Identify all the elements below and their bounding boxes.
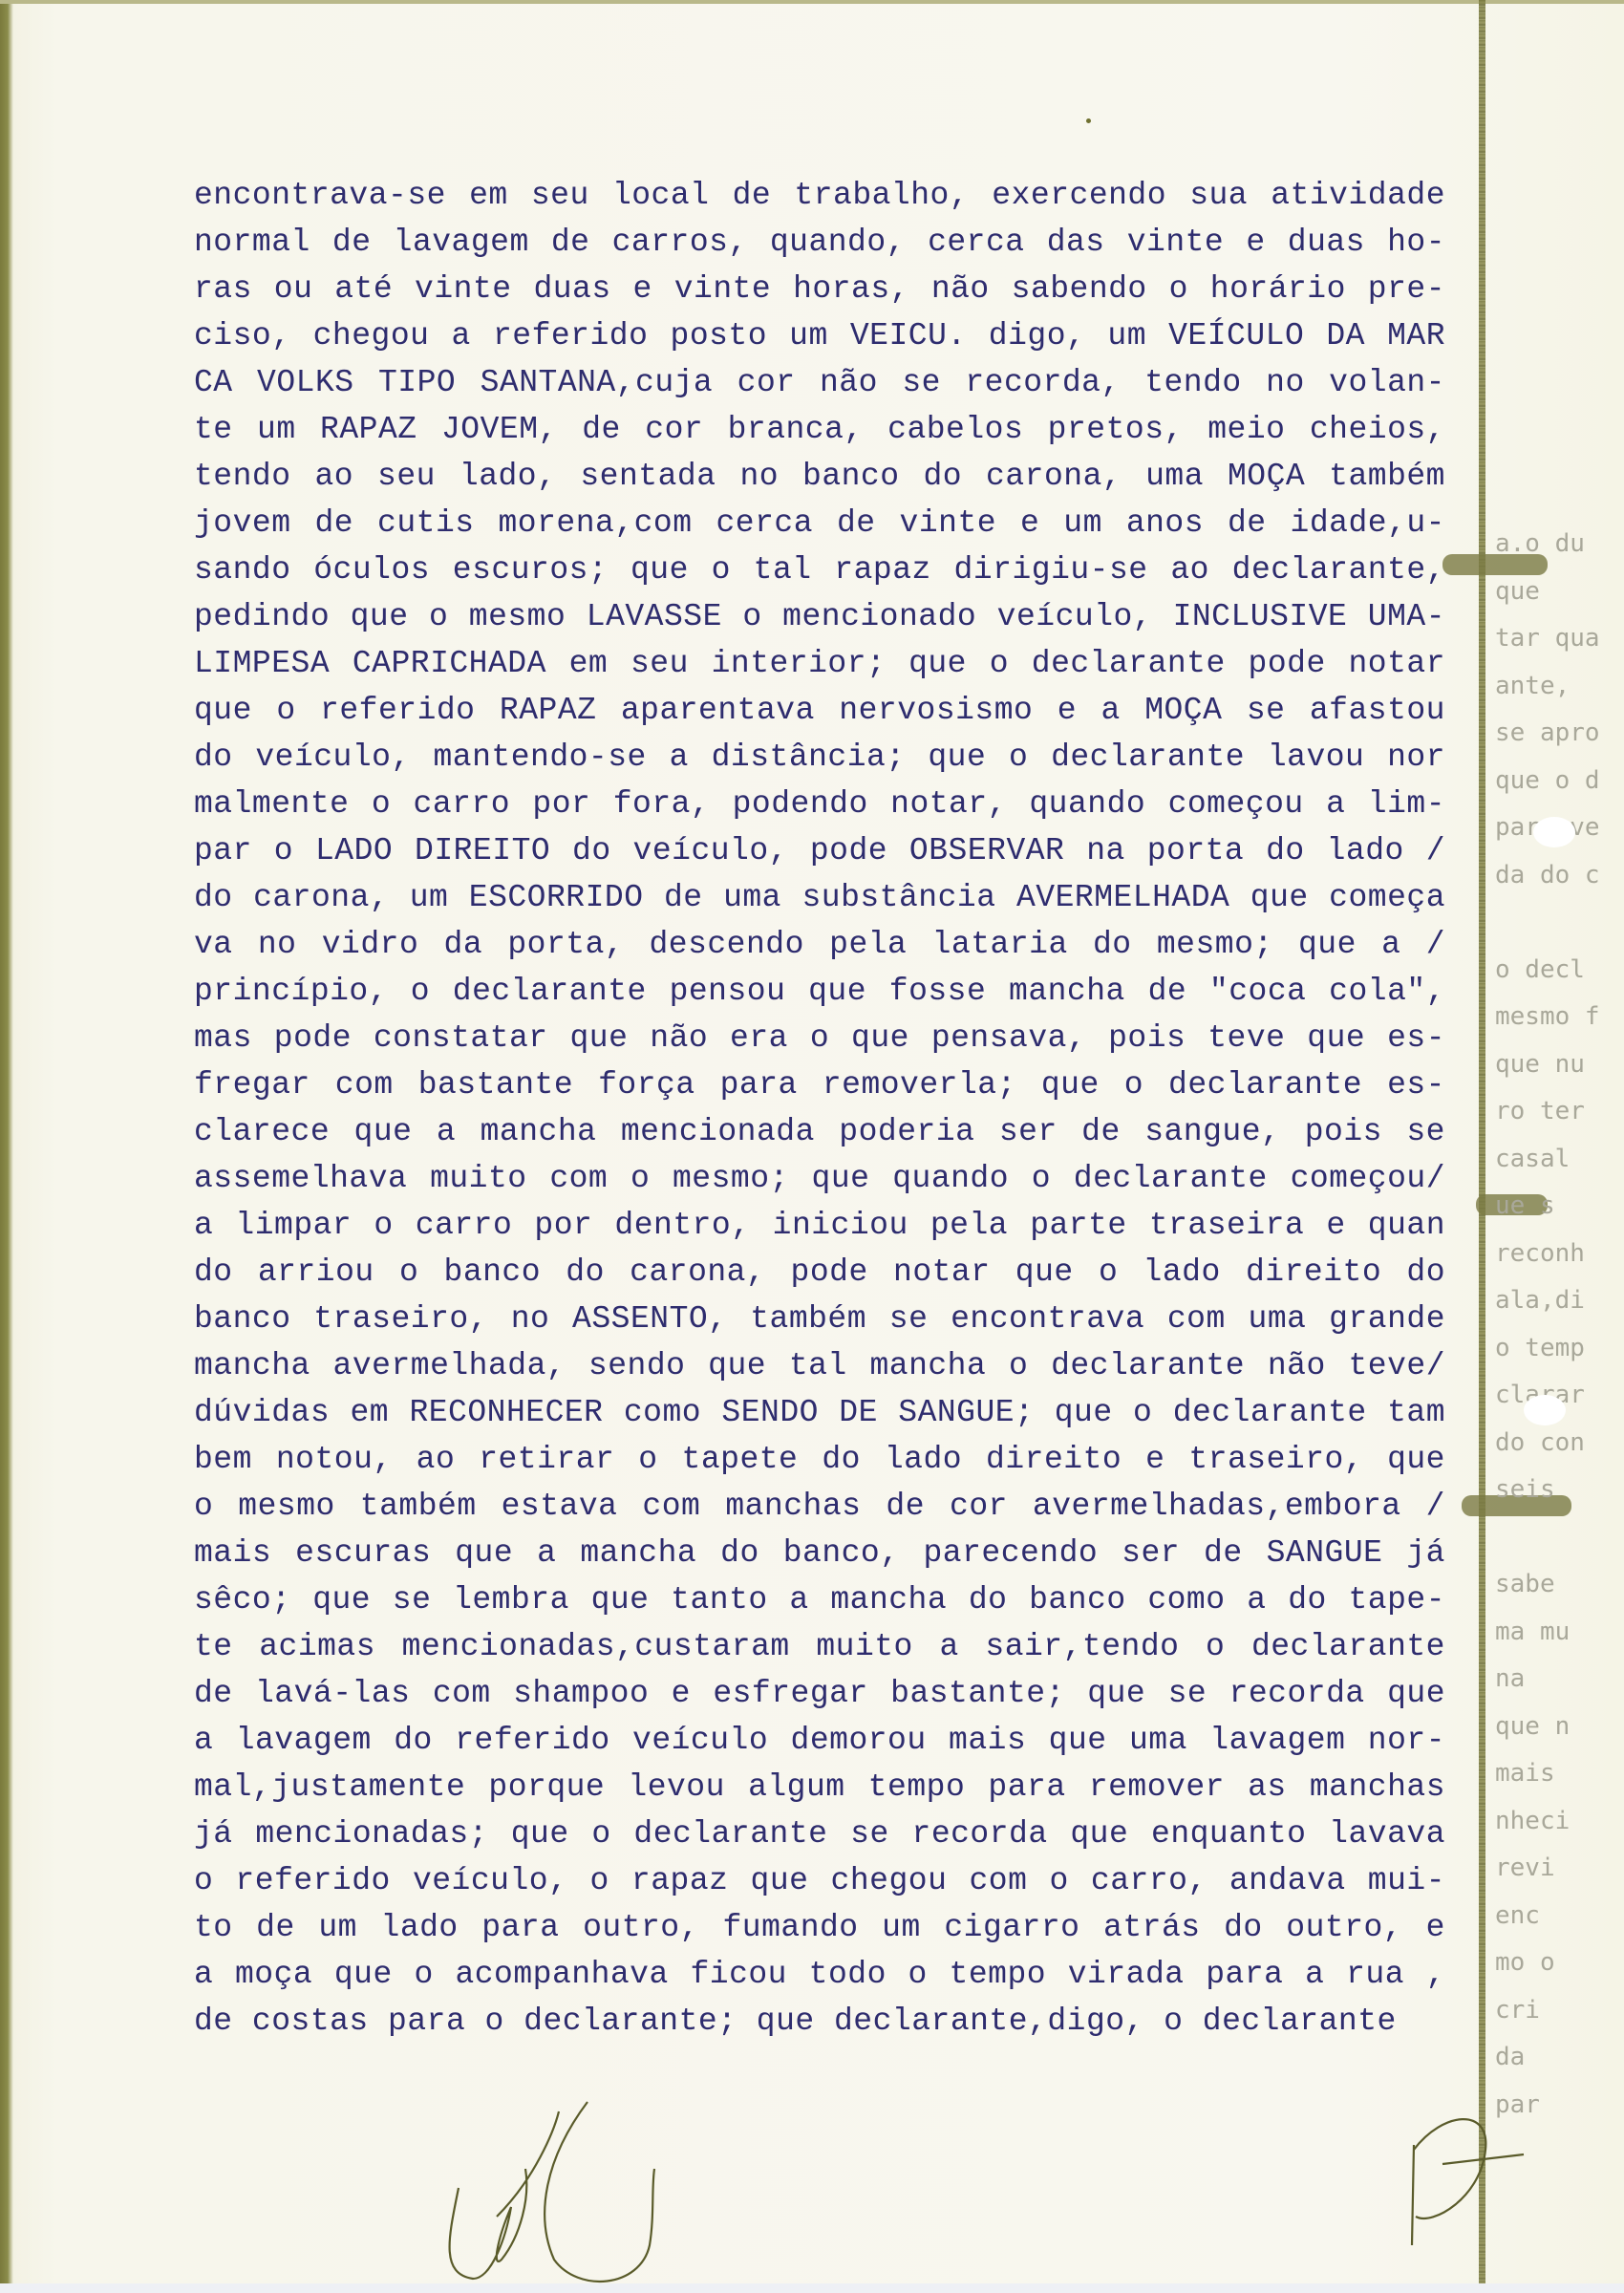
adjacent-text-line: enc <box>1495 1893 1624 1940</box>
text-line: ciso, chegou a referido posto um VEICU. … <box>194 312 1445 359</box>
signatures <box>401 2092 1528 2283</box>
text-line: mais escuras que a mancha do banco, pare… <box>194 1530 1445 1576</box>
text-line: encontrava-se em seu local de trabalho, … <box>194 172 1445 219</box>
text-line: que o referido RAPAZ aparentava nervosis… <box>194 687 1445 734</box>
text-line: mancha avermelhada, sendo que tal mancha… <box>194 1342 1445 1389</box>
text-line: o mesmo também estava com manchas de cor… <box>194 1483 1445 1530</box>
adjacent-text-line: ue s <box>1495 1183 1624 1231</box>
adjacent-text-line: que nu <box>1495 1041 1624 1089</box>
punch-hole-1 <box>1533 817 1575 847</box>
text-line: tendo ao seu lado, sentada no banco do c… <box>194 453 1445 500</box>
text-line: do carona, um ESCORRIDO de uma substânci… <box>194 874 1445 921</box>
adjacent-text-line: o decl <box>1495 947 1624 995</box>
adjacent-text-line: que <box>1495 568 1624 616</box>
adjacent-text-line <box>1495 1514 1624 1562</box>
adjacent-text-line: da do c <box>1495 852 1624 900</box>
text-line: a limpar o carro por dentro, iniciou pel… <box>194 1202 1445 1249</box>
testimony-body: encontrava-se em seu local de trabalho, … <box>194 172 1445 2045</box>
text-line: ras ou até vinte duas e vinte horas, não… <box>194 266 1445 312</box>
adjacent-text-line: do con <box>1495 1420 1624 1468</box>
adjacent-text-line: reconh <box>1495 1231 1624 1278</box>
adjacent-text-line: se apro <box>1495 710 1624 758</box>
text-line: va no vidro da porta, descendo pela lata… <box>194 921 1445 968</box>
text-line: a moça que o acompanhava ficou todo o te… <box>194 1951 1445 1998</box>
adjacent-text-line: mo o <box>1495 1939 1624 1987</box>
adjacent-text-line: que o d <box>1495 758 1624 805</box>
adjacent-page-fragment: a.o duquetar quaante,se aproque o dpara … <box>1495 521 1624 2129</box>
text-line: mal,justamente porque levou algum tempo … <box>194 1764 1445 1811</box>
scanned-page: encontrava-se em seu local de trabalho, … <box>0 0 1624 2293</box>
ink-speck <box>1086 118 1091 123</box>
text-line: banco traseiro, no ASSENTO, também se en… <box>194 1296 1445 1342</box>
text-line: jovem de cutis morena,com cerca de vinte… <box>194 500 1445 546</box>
text-line: normal de lavagem de carros, quando, cer… <box>194 219 1445 266</box>
adjacent-text-line: nheci <box>1495 1798 1624 1846</box>
text-line: to de um lado para outro, fumando um cig… <box>194 1904 1445 1951</box>
text-line: sêco; que se lembra que tanto a mancha d… <box>194 1576 1445 1623</box>
page-fold-divider <box>1479 0 1485 2293</box>
text-line: malmente o carro por fora, podendo notar… <box>194 781 1445 827</box>
text-line: mas pode constatar que não era o que pen… <box>194 1015 1445 1061</box>
text-line: do veículo, mantendo-se a distância; que… <box>194 734 1445 781</box>
adjacent-text-line: que n <box>1495 1704 1624 1751</box>
page-top-edge <box>0 0 1624 4</box>
page-bottom-edge <box>0 2283 1624 2293</box>
adjacent-text-line: da <box>1495 2034 1624 2082</box>
adjacent-text-line: cri <box>1495 1987 1624 2035</box>
punch-hole-2 <box>1524 1395 1566 1425</box>
adjacent-text-line: a.o du <box>1495 521 1624 568</box>
adjacent-text-line: seis <box>1495 1467 1624 1514</box>
text-line: bem notou, ao retirar o tapete do lado d… <box>194 1436 1445 1483</box>
adjacent-text-line: ro ter <box>1495 1088 1624 1136</box>
text-line: princípio, o declarante pensou que fosse… <box>194 968 1445 1015</box>
adjacent-text-line: revi <box>1495 1845 1624 1893</box>
signature-3-icon <box>1412 2119 1524 2245</box>
text-line: LIMPESA CAPRICHADA em seu interior; que … <box>194 640 1445 687</box>
text-line: dúvidas em RECONHECER como SENDO DE SANG… <box>194 1389 1445 1436</box>
adjacent-text-line <box>1495 899 1624 947</box>
adjacent-text-line: mais <box>1495 1750 1624 1798</box>
adjacent-text-line: ma mu <box>1495 1609 1624 1657</box>
adjacent-text-line: casal <box>1495 1136 1624 1184</box>
adjacent-text-line: ante, <box>1495 663 1624 711</box>
signature-1-icon <box>450 2111 559 2279</box>
signature-2-icon <box>545 2102 654 2282</box>
adjacent-text-line: ala,di <box>1495 1277 1624 1325</box>
adjacent-text-line: mesmo f <box>1495 994 1624 1041</box>
adjacent-text-line: sabe <box>1495 1561 1624 1609</box>
text-line: a lavagem do referido veículo demorou ma… <box>194 1717 1445 1764</box>
text-line: pedindo que o mesmo LAVASSE o mencionado… <box>194 593 1445 640</box>
adjacent-text-line: tar qua <box>1495 615 1624 663</box>
text-line: CA VOLKS TIPO SANTANA,cuja cor não se re… <box>194 359 1445 406</box>
text-line: te acimas mencionadas,custaram muito a s… <box>194 1623 1445 1670</box>
text-line: já mencionadas; que o declarante se reco… <box>194 1811 1445 1857</box>
text-line: clarece que a mancha mencionada poderia … <box>194 1108 1445 1155</box>
text-line: de lavá-las com shampoo e esfregar basta… <box>194 1670 1445 1717</box>
text-line: fregar com bastante força para removerla… <box>194 1061 1445 1108</box>
adjacent-text-line: o temp <box>1495 1325 1624 1373</box>
text-line: do arriou o banco do carona, pode notar … <box>194 1249 1445 1296</box>
adjacent-text-line: na <box>1495 1656 1624 1704</box>
text-line: assemelhava muito com o mesmo; que quand… <box>194 1155 1445 1202</box>
text-line: par o LADO DIREITO do veículo, pode OBSE… <box>194 827 1445 874</box>
text-line: de costas para o declarante; que declara… <box>194 1998 1445 2045</box>
text-line: o referido veículo, o rapaz que chegou c… <box>194 1857 1445 1904</box>
text-line: te um RAPAZ JOVEM, de cor branca, cabelo… <box>194 406 1445 453</box>
text-line: sando óculos escuros; que o tal rapaz di… <box>194 546 1445 593</box>
